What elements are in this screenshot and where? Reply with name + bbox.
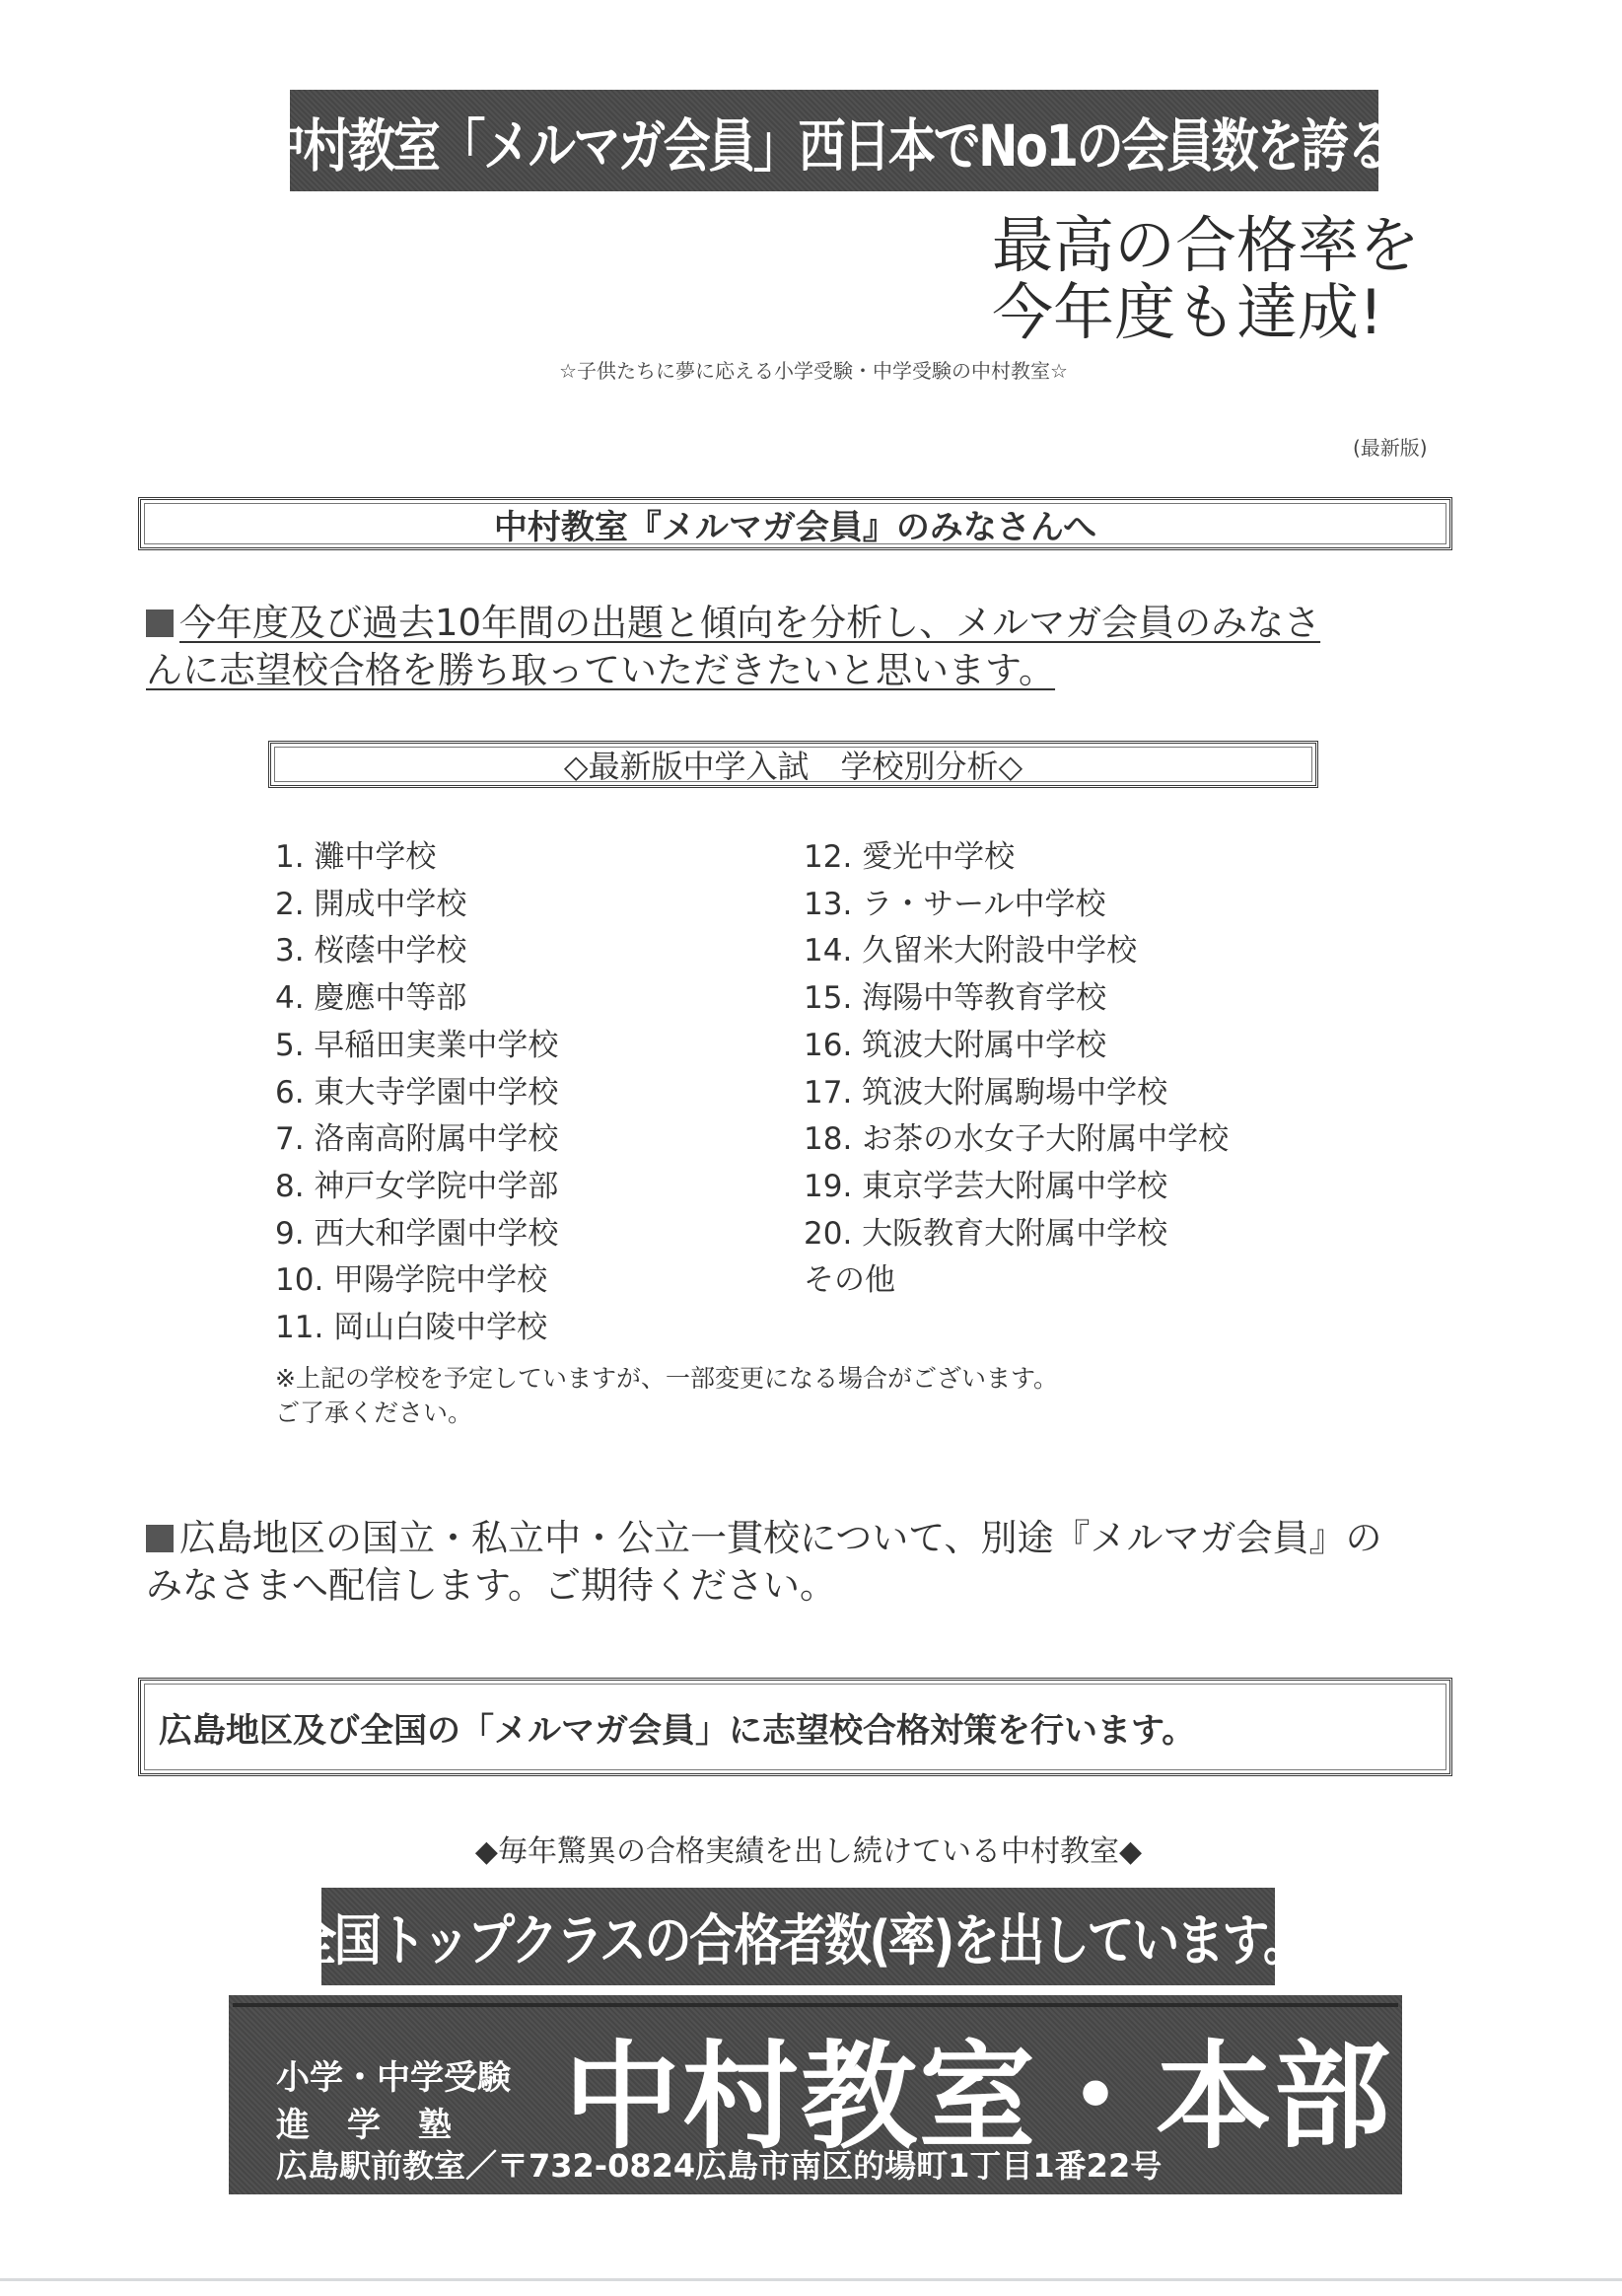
list-item: 13. ラ・サール中学校 xyxy=(804,882,1316,929)
note-line-1: ※上記の学校を予定していますが、一部変更になる場合がございます。 xyxy=(275,1361,1360,1396)
note-line-2: ご了承ください。 xyxy=(275,1396,1360,1430)
list-item: 15. 海陽中等教育学校 xyxy=(804,975,1316,1023)
headline: 最高の合格率を 今年度も達成! xyxy=(992,212,1524,346)
hiroshima-paragraph: 広島地区の国立・私立中・公立一貫校について、別途『メルマガ会員』の みなさまへ配… xyxy=(146,1515,1428,1610)
strategy-title: 広島地区及び全国の「メルマガ会員」に志望校合格対策を行います。 xyxy=(159,1703,1195,1752)
hq-subtitle-line-1: 小学・中学受験 xyxy=(276,2054,511,2102)
list-item: 20. 大阪教育大附属中学校 xyxy=(804,1211,1316,1258)
list-item: 12. 愛光中学校 xyxy=(804,834,1316,882)
list-item: 19. 東京学芸大附属中学校 xyxy=(804,1164,1316,1211)
list-item: 10. 甲陽学院中学校 xyxy=(275,1257,788,1305)
headline-line-2: 今年度も達成! xyxy=(992,279,1524,346)
results-line: ◆毎年驚異の合格実績を出し続けている中村教室◆ xyxy=(296,1827,1321,1870)
results-banner: 全国トップクラスの合格者数(率)を出しています。 xyxy=(321,1888,1275,1985)
list-item: 8. 神戸女学院中学部 xyxy=(275,1164,788,1211)
list-item: 16. 筑波大附属中学校 xyxy=(804,1023,1316,1070)
list-item: 11. 岡山白陵中学校 xyxy=(275,1305,788,1352)
members-title-box: 中村教室『メルマガ会員』のみなさんへ xyxy=(138,497,1452,550)
strategy-title-box: 広島地区及び全国の「メルマガ会員」に志望校合格対策を行います。 xyxy=(138,1678,1452,1776)
school-list-left: 1. 灘中学校 2. 開成中学校 3. 桜蔭中学校 4. 慶應中等部 5. 早稲… xyxy=(275,834,788,1352)
hiroshima-paragraph-line-1: 広島地区の国立・私立中・公立一貫校について、別途『メルマガ会員』の xyxy=(146,1515,1428,1562)
square-bullet-icon xyxy=(146,610,174,637)
analysis-paragraph-line-2: んに志望校合格を勝ち取っていただきたいと思います。 xyxy=(146,647,1428,694)
hq-subtitle: 小学・中学受験 進学塾 xyxy=(276,2054,511,2149)
members-title: 中村教室『メルマガ会員』のみなさんへ xyxy=(494,500,1096,548)
list-item: 1. 灘中学校 xyxy=(275,834,788,882)
edition-label: (最新版) xyxy=(1353,432,1461,461)
analysis-title-box: ◇最新版中学入試 学校別分析◇ xyxy=(268,741,1318,788)
list-item: 6. 東大寺学園中学校 xyxy=(275,1070,788,1117)
analysis-paragraph-line-1: 今年度及び過去10年間の出題と傾向を分析し、メルマガ会員のみなさ xyxy=(146,600,1428,647)
list-item: 2. 開成中学校 xyxy=(275,882,788,929)
results-banner-text: 全国トップクラスの合格者数(率)を出しています。 xyxy=(289,1898,1307,1976)
tagline: ☆子供たちに夢に応える小学受験・中学受験の中村教室☆ xyxy=(394,355,1233,384)
scan-edge-divider xyxy=(0,2278,1622,2281)
top-banner: 中村教室「メルマガ会員」西日本でNo1の会員数を誇る! xyxy=(290,90,1378,191)
hq-address: 広島駅前教室／〒732-0824広島市南区的場町1丁目1番22号 xyxy=(276,2141,1162,2187)
list-item: 3. 桜蔭中学校 xyxy=(275,928,788,975)
headquarters-banner: 小学・中学受験 進学塾 中村教室・本部 広島駅前教室／〒732-0824広島市南… xyxy=(229,1995,1402,2194)
headline-line-1: 最高の合格率を xyxy=(992,212,1524,279)
analysis-paragraph: 今年度及び過去10年間の出題と傾向を分析し、メルマガ会員のみなさ んに志望校合格… xyxy=(146,600,1428,694)
analysis-title: ◇最新版中学入試 学校別分析◇ xyxy=(564,742,1023,787)
list-item: その他 xyxy=(804,1257,1316,1305)
schedule-note: ※上記の学校を予定していますが、一部変更になる場合がございます。 ご了承ください… xyxy=(275,1361,1360,1430)
list-item: 18. お茶の水女子大附属中学校 xyxy=(804,1116,1316,1164)
school-list-right: 12. 愛光中学校 13. ラ・サール中学校 14. 久留米大附設中学校 15.… xyxy=(804,834,1316,1305)
top-banner-text: 中村教室「メルマガ会員」西日本でNo1の会員数を誇る! xyxy=(258,100,1411,182)
list-item: 14. 久留米大附設中学校 xyxy=(804,928,1316,975)
square-bullet-icon xyxy=(146,1525,174,1552)
list-item: 5. 早稲田実業中学校 xyxy=(275,1023,788,1070)
list-item: 17. 筑波大附属駒場中学校 xyxy=(804,1070,1316,1117)
list-item: 7. 洛南高附属中学校 xyxy=(275,1116,788,1164)
list-item: 4. 慶應中等部 xyxy=(275,975,788,1023)
list-item: 9. 西大和学園中学校 xyxy=(275,1211,788,1258)
hiroshima-paragraph-line-2: みなさまへ配信します。ご期待ください。 xyxy=(146,1562,1428,1610)
